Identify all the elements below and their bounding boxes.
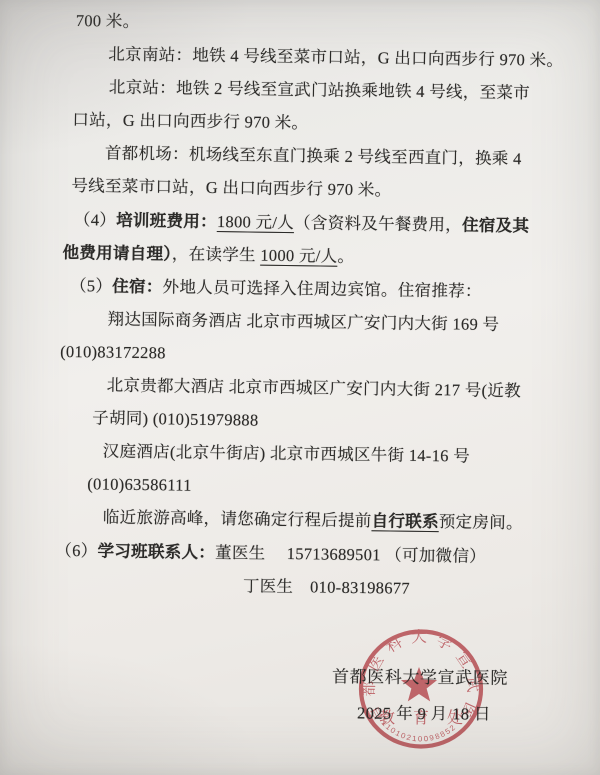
signature-date: 2025 年 9 月 18 日 <box>357 699 491 724</box>
text-run: 自行联系 <box>371 512 438 532</box>
text-run: 外地人员可选择入住周边宾馆。住宿推荐： <box>162 277 481 300</box>
text-run: 住宿及其 <box>462 215 529 235</box>
text-run: 住宿： <box>112 276 163 296</box>
scanned-notice-page: { "colors":{"seal_red":"#c5545c","ink":"… <box>0 0 600 775</box>
text-run: 翔达国际商务酒店 北京市西城区广安门内大街 169 号 <box>107 309 499 333</box>
text-run: 董医生 15713689501 （可加微信） <box>215 543 486 566</box>
text-run: ，在读学生 <box>172 244 261 264</box>
text-run: （含资料及午餐费用， <box>294 213 462 234</box>
text-run: 临近旅游高峰，请您确定行程后提前 <box>103 508 372 531</box>
text-run: 。 <box>337 246 354 265</box>
doc-line: 翔达国际商务酒店 北京市西城区广安门内大街 169 号 <box>107 302 547 341</box>
text-run: 口站，G 出口向西步行 970 米。 <box>72 110 308 132</box>
doc-line: 丁医生 010-83198677 <box>243 569 544 606</box>
text-run: 1800 元/人 <box>217 212 294 232</box>
text-run: 北京贵都大酒店 北京市西城区广安门内大街 217 号(近教 <box>107 376 522 401</box>
text-run: 北京南站：地铁 4 号线至菜市口站，G 出口向西步行 970 米。 <box>108 45 563 70</box>
text-run: （5） <box>70 276 112 296</box>
text-run: （4） <box>74 210 116 230</box>
text-run: 北京站：地铁 2 号线至宣武门站换乘地铁 4 号线，至菜市 <box>109 78 530 103</box>
signature-org-name: 首都医科大学宣武医院 <box>332 662 508 689</box>
official-red-seal: 首都医科大学宣武医院 教育处 11010210098852 <box>341 613 501 765</box>
text-run: （6） <box>55 540 97 560</box>
text-run: 丁医生 010-83198677 <box>243 576 410 597</box>
text-run: 学习班联系人： <box>97 541 215 562</box>
text-run: 子胡同) (010)51979888 <box>92 408 259 429</box>
doc-line: （6）学习班联系人：董医生 15713689501 （可加微信） <box>55 533 544 573</box>
text-run: 首都机场：机场线至东直门换乘 2 号线至西直门，换乘 4 <box>105 144 522 169</box>
text-run: 1000 元/人 <box>260 245 337 265</box>
text-run: 培训班费用： <box>116 210 217 230</box>
text-run: 汉庭酒店(北京牛街店) 北京市西城区牛街 14-16 号 <box>103 442 470 466</box>
doc-line: 临近旅游高峰，请您确定行程后提前自行联系预定房间。 <box>103 501 545 540</box>
text-run: 700 米。 <box>76 11 140 31</box>
text-run: (010)83172288 <box>60 342 166 362</box>
text-run: 号线至菜市口站，G 出口向西步行 970 米。 <box>71 176 391 199</box>
text-run: 他费用请自理） <box>62 243 172 264</box>
notice-body-text: 700 米。北京南站：地铁 4 号线至菜市口站，G 出口向西步行 970 米。北… <box>64 4 552 606</box>
text-run: (010)63586111 <box>87 475 192 495</box>
text-run: 预定房间。 <box>439 513 523 533</box>
